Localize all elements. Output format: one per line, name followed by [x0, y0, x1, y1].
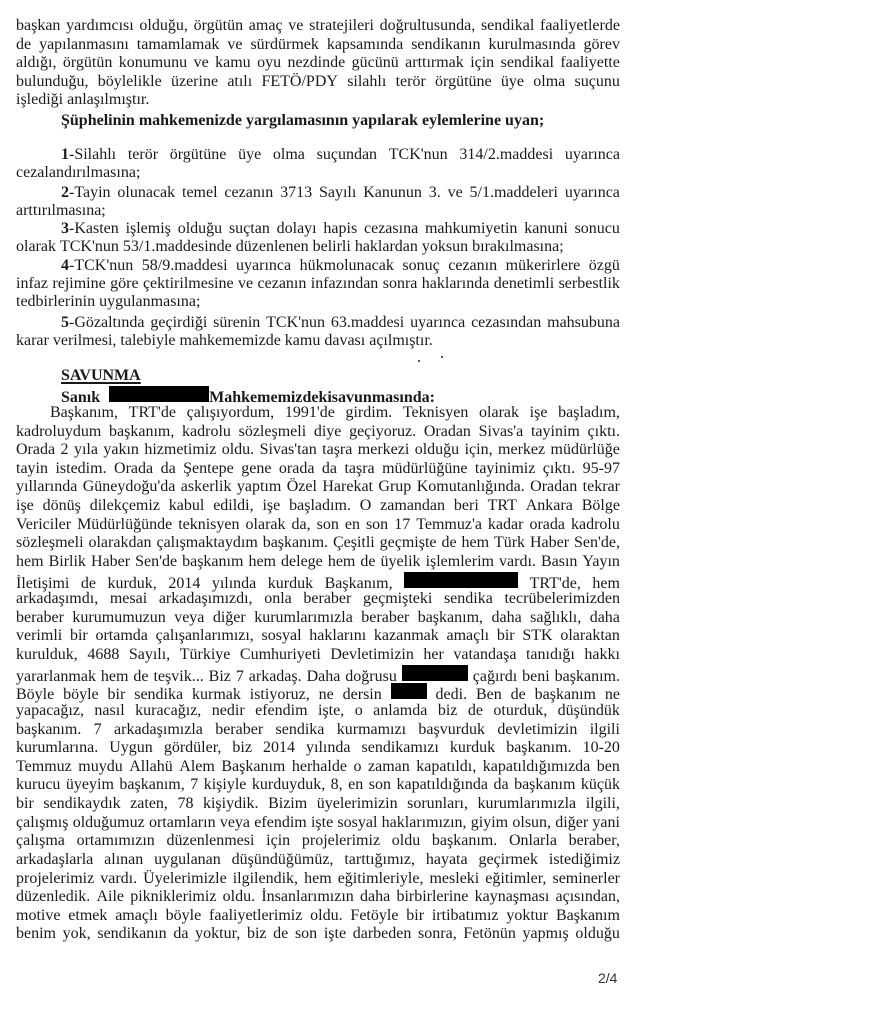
defense-line: projelerimizvardı.Üyelerimizleilgilendik…	[16, 870, 620, 888]
intro-line: aldığı,örgütünkonumunuvekamuoyunezdindeg…	[16, 54, 620, 72]
defense-line: Başkanım,TRT'deçalışıyordum,1991'degirdi…	[50, 404, 620, 422]
defense-line: benimyok,sendikanındayoktur,bizdesonişte…	[16, 925, 620, 943]
defense-line: birsendikaydıkzaten,78kişiydik.Bizimüyel…	[16, 795, 620, 813]
defense-line: yıllarındaGüneydoğu'daaskerlikyaptımÖzel…	[16, 478, 620, 496]
demand-item-line: olarakTCK'nun53/1.maddesindedüzenlenenbe…	[16, 238, 564, 256]
defense-line: sözleşmeliolarakdançalışmaktaydımbaşkanı…	[16, 534, 620, 552]
demand-item-line: tedbirlerininuygulanmasına;	[16, 293, 200, 311]
defense-line: yararlanmakhemdeteşvik...Biz7arkadaş.Dah…	[16, 665, 620, 683]
intro-line: başkanyardımcısıolduğu,örgütünamaçvestra…	[16, 17, 620, 35]
defense-line: çalışmışolduğumuzortamlarınveyaefendimiş…	[16, 814, 620, 832]
demand-item-line: 2-Tayinolunacaktemelcezanın3713SayılıKan…	[61, 184, 620, 202]
demand-number: 2	[61, 184, 69, 202]
defense-line: düzenledik.Ailepikniklerimizoldu.İnsanla…	[16, 888, 620, 906]
defense-line: TemmuzmuyduAllahüAlemBaşkanımherhaldeoza…	[16, 758, 620, 776]
defense-line: beraberkurumumuzunveyadiğerkurumlarımızl…	[16, 609, 620, 627]
defense-heading: SAVUNMA	[61, 367, 141, 385]
demand-heading: Şüphelininmahkemenizdeyargılamasınınyapı…	[61, 112, 544, 130]
defense-line: başkanım.7arkadaşımızlaberabersendikakur…	[16, 721, 620, 739]
defense-line: İletişimidekurduk,2014yılındakurdukBaşka…	[16, 572, 620, 590]
demand-item-line: 4-TCK'nun58/9.maddesiuyarıncahükmolunaca…	[61, 257, 620, 275]
defense-line: işedönüşdilekçemizkabuledildi,işebaşladı…	[16, 497, 620, 515]
defense-line: arkadaşlarlaalınanuygulanandüşündüğümüz,…	[16, 851, 620, 869]
redaction-box	[391, 683, 427, 699]
defendant-name-redaction	[109, 386, 209, 402]
scan-artifact	[418, 360, 420, 362]
demand-item-line: kararverilmesi,talebiylemahkememizdekamu…	[16, 332, 433, 350]
defense-line: kurumlarına.Uygungördüler,biz2014yılında…	[16, 739, 620, 757]
defense-line: hemBirlikHaberSen'debaşkanımhemdelegehem…	[16, 553, 620, 571]
defense-line: kurulduk,4688Sayılı,TürkiyeCumhuriyetiDe…	[16, 646, 620, 664]
demand-item-line: 1-SilahlıterörörgütüneüyeolmasuçundanTCK…	[61, 146, 620, 164]
demand-item-line: 5-GözaltındageçirdiğisüreninTCK'nun63.ma…	[61, 314, 620, 332]
demand-number: 3	[61, 220, 69, 238]
defense-line: Orada2yılayakınhizmetimizoldu.Sivas'tant…	[16, 441, 620, 459]
demand-item-line: arttırılmasına;	[16, 202, 106, 220]
redaction-box	[402, 665, 468, 681]
defense-line: yapacağız,nasılkuracağız,nedirefendimişt…	[16, 702, 620, 720]
defendant-line: SanıkMahkememizdekisavunmasında:	[61, 386, 435, 404]
defense-line: Böyleböylebirsendikakurmakistiyoruz,nede…	[16, 683, 620, 701]
scan-artifact	[441, 356, 443, 358]
defense-line: motiveetmekamaçlıböylefaaliyetlerimizold…	[16, 907, 620, 925]
document-page: başkanyardımcısıolduğu,örgütünamaçvestra…	[0, 0, 880, 1014]
intro-line: bulunduğu,böylelikleüzerineatılıFETÖ/PDY…	[16, 73, 620, 91]
defense-line: VericilerMüdürlüğündeteknisyenolarakda,s…	[16, 516, 620, 534]
page-number: 2/4	[598, 970, 617, 986]
defense-line: arkadaşımdı,mesaiarkadaşımızdı,onlaberab…	[16, 590, 620, 608]
defense-line: kurucuüyeyimbaşkanım,7kişiylekurduyduk,8…	[16, 776, 620, 794]
demand-number: 5	[61, 314, 69, 332]
demand-item-line: cezalandırılmasına;	[16, 164, 140, 182]
demand-number: 4	[61, 257, 69, 275]
defense-line: kadroluydumbaşkanım,kadrolusözleşmelidiy…	[16, 423, 620, 441]
demand-item-line: 3-Kastenişlemişolduğusuçtandolayıhapisce…	[61, 220, 620, 238]
intro-line: deyapılanmasınıtamamlamakvesürdürmekkaps…	[16, 36, 620, 54]
demand-number: 1	[61, 146, 69, 164]
demand-item-line: infazrejiminegöreçektirilmesinevecezanın…	[16, 275, 620, 293]
defense-line: çalışmaortamımızındüzenlenmesiiçinprojel…	[16, 832, 620, 850]
defense-line: verimlibirortamdaçalışanlarımızı,sosyalh…	[16, 627, 620, 645]
redaction-box	[404, 572, 518, 588]
intro-line: işlediğianlaşılmıştır.	[16, 91, 149, 109]
defense-line: tayinistedim.OradadaŞentepegeneoradadata…	[16, 460, 620, 478]
